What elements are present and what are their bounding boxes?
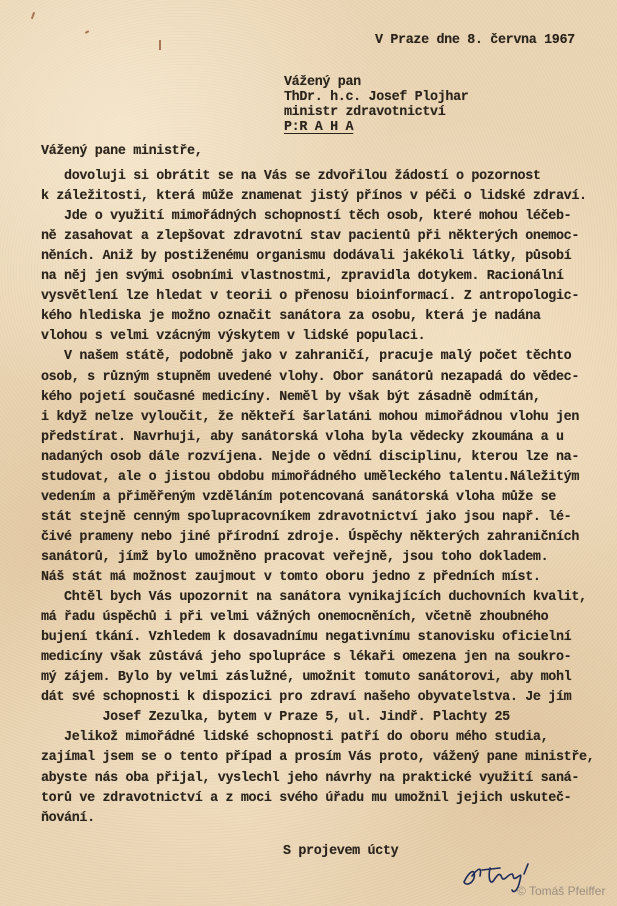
body-line: ně zasahovat a zlepšovat zdravotní stav …: [41, 230, 579, 243]
body-line: na něj jen svými osobními vlastnostmi, z…: [41, 270, 564, 283]
body-line: k záležitosti, která může znamenat jistý…: [41, 190, 587, 203]
recipient-salutation: Vážený pan: [284, 76, 361, 89]
body-line: bujení tkání. Vzhledem k dosavadnímu neg…: [41, 631, 571, 644]
body-line: vysvětlení lze hledat v teorii o přenosu…: [41, 290, 579, 303]
body-line: abyste nás oba přijal, vyslechl jeho náv…: [41, 772, 579, 785]
body-line: Náš stát má možnost zaujmout v tomto obo…: [41, 571, 541, 584]
body-line: něních. Aniž by postiženému organismu do…: [41, 250, 571, 263]
body-line: nadaných osob dále rozvíjena. Nejde o vě…: [41, 451, 579, 464]
body-line: má řadu úspěchů i při velmi vážných onem…: [41, 611, 548, 624]
body-line: Chtěl bych Vás upozornit na sanátora vyn…: [41, 591, 587, 604]
body-line: čivé prameny nebo jiné přírodní zdroje. …: [41, 531, 579, 544]
body-line: V našem státě, podobně jako v zahraničí,…: [41, 350, 571, 363]
body-line: kého hlediska je možno označit sanátora …: [41, 310, 541, 323]
body-line: studovat, ale o jistou obdobu mimořádnéh…: [41, 471, 579, 484]
paper-speck: [159, 40, 161, 50]
body-line: zajímal jsem se o tento případ a prosím …: [41, 751, 594, 764]
body-line: kého pojetí současné medicíny. Neměl by …: [41, 391, 541, 404]
paper-speck: [31, 12, 35, 19]
body-line: Jelikož mimořádné lidské schopnosti patř…: [41, 731, 548, 744]
body-line: Jde o využití mimořádných schopností těc…: [41, 210, 571, 223]
body-line: dát své schopnosti k dispozici pro zdrav…: [41, 691, 571, 704]
body-line: osob, s různým stupněm uvedené vlohy. Ob…: [41, 371, 579, 384]
copyright-watermark: © Tomáš Pfeiffer: [517, 884, 605, 898]
body-line: torů ve zdravotnictví a z moci svého úřa…: [41, 792, 571, 805]
body-line: předstírat. Navrhuji, aby sanátorská vlo…: [41, 431, 564, 444]
body-line: vedením a přiměřeným vzděláním potencova…: [41, 491, 556, 504]
recipient-city: P:R A H A: [284, 121, 353, 134]
body-line: ňování.: [41, 812, 95, 825]
body-line: sanátorů, jímž bylo umožněno pracovat ve…: [41, 551, 548, 564]
body-line: medicíny však zůstává jeho spolupráce s …: [41, 651, 571, 664]
greeting: Vážený pane ministře,: [41, 145, 202, 158]
body-line: Josef Zezulka, bytem v Praze 5, ul. Jind…: [41, 711, 510, 724]
paper-speck: [85, 30, 89, 34]
date-line: V Praze dne 8. června 1967: [375, 34, 575, 47]
body-line: vlohou s velmi vzácným výskytem v lidské…: [41, 330, 425, 343]
body-line: i když nelze vyloučit, že někteří šarlat…: [41, 411, 579, 424]
closing: S projevem úcty: [283, 845, 398, 858]
body-line: stát stejně cenným spolupracovníkem zdra…: [41, 511, 571, 524]
recipient-name: ThDr. h.c. Josef Plojhar: [284, 91, 468, 104]
recipient-title: ministr zdravotnictví: [284, 106, 445, 119]
body-line: mý zájem. Bylo by velmi záslužné, umožni…: [41, 671, 571, 684]
body-line: dovoluji si obrátit se na Vás se zdvořil…: [41, 170, 541, 183]
